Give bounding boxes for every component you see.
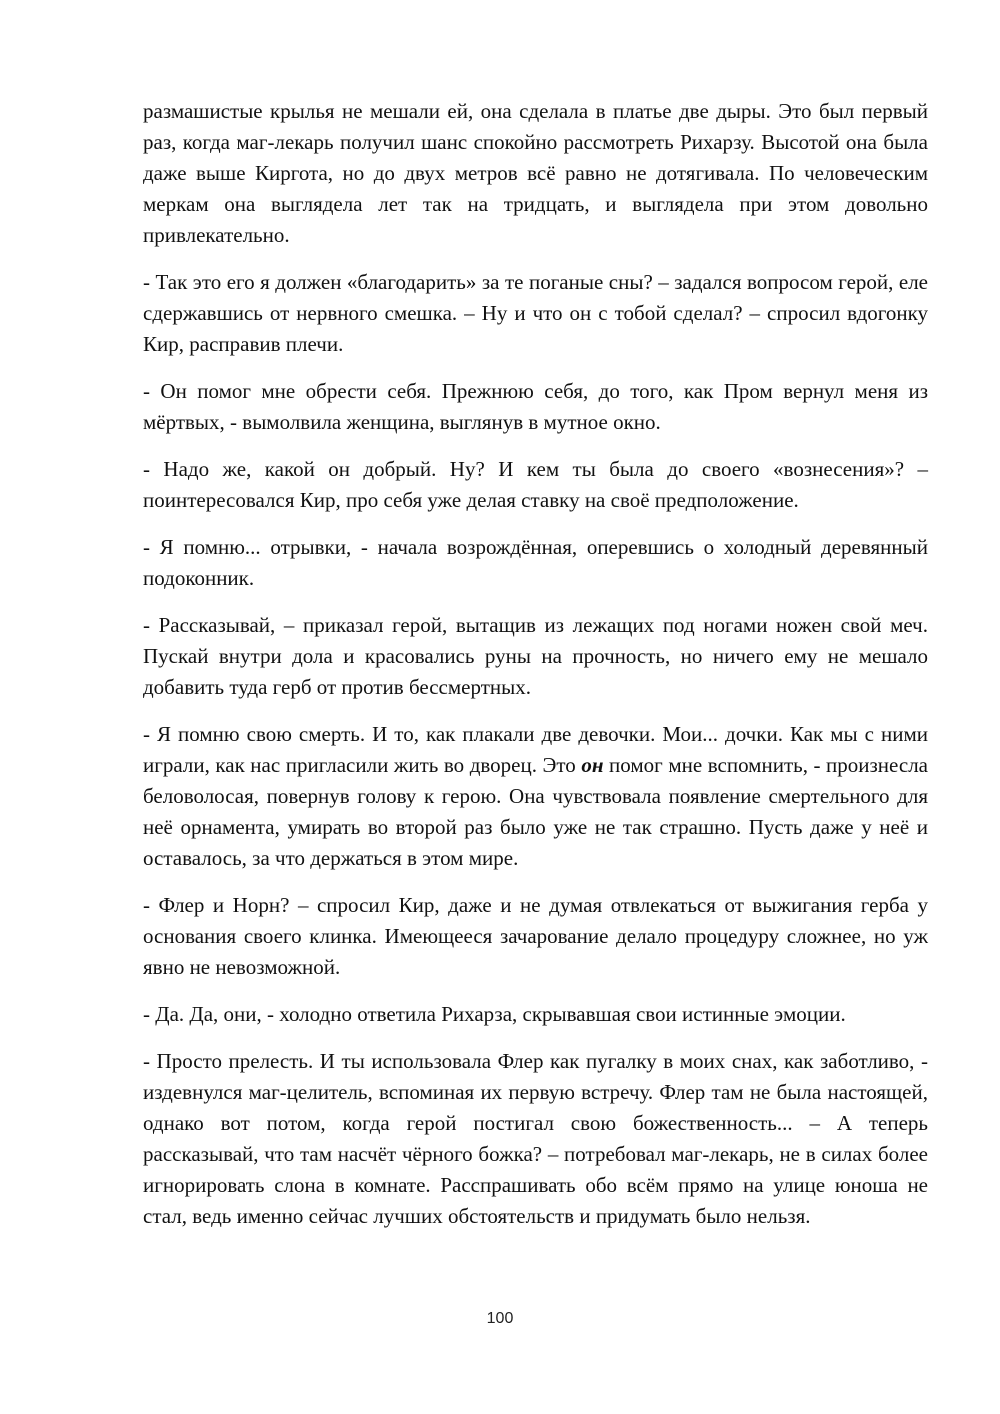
paragraph: - Надо же, какой он добрый. Ну? И кем ты…: [143, 454, 928, 516]
paragraph: - Флер и Норн? – спросил Кир, даже и не …: [143, 890, 928, 983]
paragraph: - Просто прелесть. И ты использовала Фле…: [143, 1046, 928, 1232]
paragraph: - Рассказывай, – приказал герой, вытащив…: [143, 610, 928, 703]
paragraph: - Я помню свою смерть. И то, как плакали…: [143, 719, 928, 874]
paragraph: - Так это его я должен «благодарить» за …: [143, 267, 928, 360]
paragraph: размашистые крылья не мешали ей, она сде…: [143, 96, 928, 251]
paragraph: - Он помог мне обрести себя. Прежнюю себ…: [143, 376, 928, 438]
document-page-body: размашистые крылья не мешали ей, она сде…: [143, 96, 928, 1248]
paragraph: - Я помню... отрывки, - начала возрождён…: [143, 532, 928, 594]
page-number: 100: [0, 1310, 1000, 1328]
emphasized-word: он: [581, 753, 603, 777]
paragraph: - Да. Да, они, - холодно ответила Рихарз…: [143, 999, 928, 1030]
